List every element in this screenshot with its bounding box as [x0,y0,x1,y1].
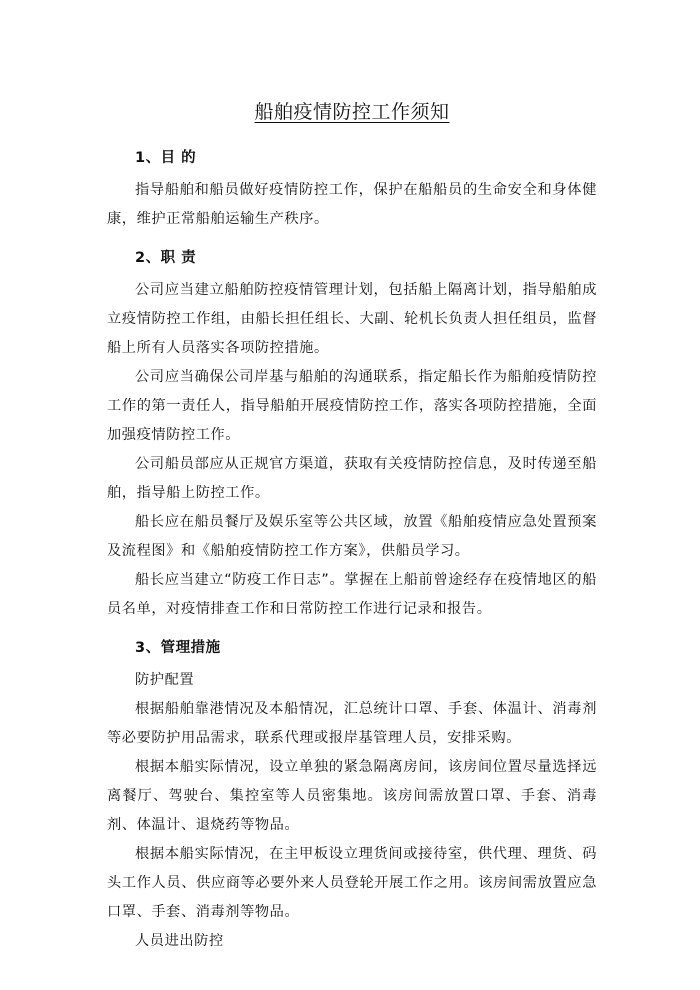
paragraph: 根据本船实际情况，在主甲板设立理货间或接待室，供代理、理货、码头工作人员、供应商… [107,840,597,927]
paragraph: 指导船舶和船员做好疫情防控工作，保护在船船员的生命安全和身体健康，维护正常船舶运… [107,176,597,234]
document-title-text: 船舶疫情防控工作须知 [254,101,449,123]
subheading-personnel-access-control: 人员进出防控 [135,927,597,956]
paragraph: 船长应当建立“防疫工作日志”。掌握在上船前曾途经存在疫情地区的船员名单，对疫情排… [107,566,597,624]
section-heading-responsibilities: 2、职 责 [135,248,597,268]
section-heading-management-measures: 3、管理措施 [135,638,597,658]
paragraph: 公司应当确保公司岸基与船舶的沟通联系，指定船长作为船舶疫情防控工作的第一责任人，… [107,363,597,450]
paragraph: 船长应在船员餐厅及娱乐室等公共区域，放置《船舶疫情应急处置预案及流程图》和《船舶… [107,508,597,566]
paragraph: 公司船员部应从正规官方渠道，获取有关疫情防控信息，及时传递至船舶，指导船上防控工… [107,450,597,508]
paragraph: 根据船舶靠港情况及本船情况，汇总统计口罩、手套、体温计、消毒剂等必要防护用品需求… [107,695,597,753]
section-heading-purpose: 1、目 的 [135,148,597,168]
subheading-protection-config: 防护配置 [135,666,597,695]
paragraph: 公司应当建立船舶防控疫情管理计划，包括船上隔离计划，指导船舶成立疫情防控工作组，… [107,276,597,363]
paragraph: 根据本船实际情况，设立单独的紧急隔离房间，该房间位置尽量选择远离餐厅、驾驶台、集… [107,753,597,840]
document-title: 船舶疫情防控工作须知 [107,100,597,124]
document-body: 1、目 的 指导船舶和船员做好疫情防控工作，保护在船船员的生命安全和身体健康，维… [107,148,597,956]
